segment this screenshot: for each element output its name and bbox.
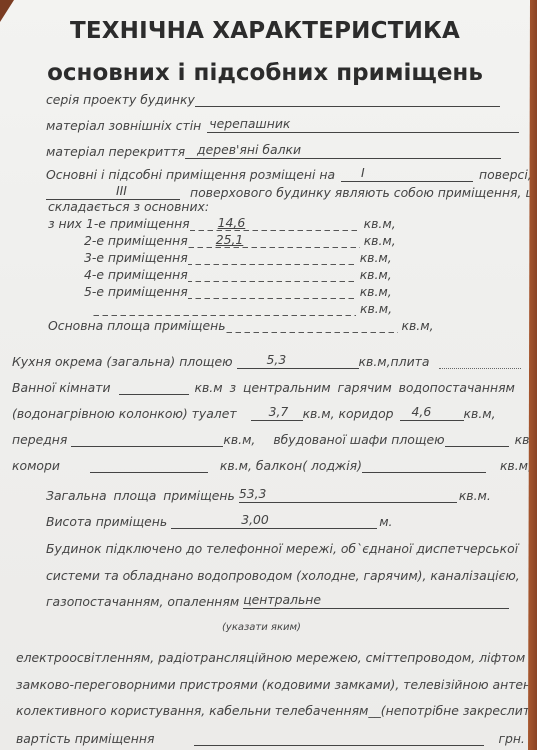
unit-label: кв.м,: [464, 406, 496, 421]
field-label: кв.м з центральним гарячим водопостачанн…: [195, 380, 515, 395]
room-1: з них 1-е приміщення 14,6 кв.м,: [48, 216, 396, 231]
field-cost: вартість приміщення грн.: [16, 731, 525, 746]
field-label: 2-е приміщення: [84, 233, 188, 248]
unit-label: кв.м,: [402, 318, 434, 333]
storage-input[interactable]: [90, 458, 208, 473]
field-placement: Основні і підсобні приміщення розміщені …: [46, 167, 532, 182]
field-label: Основні і підсобні приміщення розміщені …: [46, 167, 335, 182]
field-label: матеріал перекриття: [46, 144, 185, 159]
ceiling-material-input[interactable]: дерев'яні балки: [185, 144, 501, 159]
utilities-text-3: електроосвітленням, радіотрансляційною м…: [16, 650, 525, 665]
field-bathroom: Ванної кімнати кв.м з центральним гарячи…: [12, 380, 515, 395]
field-height: Висота приміщень 3,00 м.: [46, 514, 393, 529]
hall-input[interactable]: [71, 432, 223, 447]
document-subtitle: основних і підсобних приміщень: [0, 60, 530, 86]
unit-label: кв.м,: [223, 432, 255, 447]
main-area: Основна площа приміщень кв.м,: [48, 318, 434, 333]
field-hall: передня кв.м, вбудованої шафи площею кв.…: [12, 432, 537, 447]
room-2-input[interactable]: 25,1: [188, 234, 360, 248]
document-title: ТЕХНІЧНА ХАРАКТЕРИСТИКА: [0, 18, 530, 44]
closet-input[interactable]: [445, 432, 509, 447]
unit-label: кв.м, балкон( лоджія): [220, 458, 362, 473]
field-label: 3-е приміщення: [84, 250, 188, 265]
height-input[interactable]: 3,00: [171, 514, 377, 529]
unit-label: кв.м,: [500, 458, 532, 473]
utilities-text-1: Будинок підключено до телефонної мережі,…: [46, 541, 518, 556]
room-extra-input[interactable]: [92, 302, 356, 316]
field-label: Кухня окрема (загальна) площею: [12, 354, 233, 369]
field-label: 5-е приміщення: [84, 284, 188, 299]
unit-label: кв.м,: [364, 233, 396, 248]
field-label: Ванної кімнати: [12, 380, 111, 395]
toilet-input[interactable]: 3,7: [251, 406, 303, 421]
field-label: поверхового будинку являють собою приміщ…: [190, 185, 537, 200]
stove-input[interactable]: [439, 356, 521, 369]
field-label: 4-е приміщення: [84, 267, 188, 282]
field-label: вартість приміщення: [16, 731, 154, 746]
heating-note: (указати яким): [222, 622, 301, 633]
field-kitchen: Кухня окрема (загальна) площею 5,3 кв.м,…: [12, 354, 521, 369]
room-3-input[interactable]: [188, 251, 356, 265]
field-label: передня: [12, 432, 67, 447]
cost-input[interactable]: [194, 731, 484, 746]
room-3: 3-е приміщення кв.м,: [84, 250, 392, 265]
room-extra: кв.м,: [92, 301, 392, 316]
field-label: (водонагрівною колонкою) туалет: [12, 406, 237, 421]
room-4-input[interactable]: [188, 268, 356, 282]
unit-label: кв.м,: [364, 216, 396, 231]
floor-input[interactable]: I: [341, 167, 473, 182]
field-heating: газопостачанням, опаленням центральне: [46, 594, 509, 609]
room-5: 5-е приміщення кв.м,: [84, 284, 392, 299]
balcony-input[interactable]: [362, 458, 486, 473]
field-label: газопостачанням, опаленням: [46, 594, 239, 609]
document-page: ТЕХНІЧНА ХАРАКТЕРИСТИКА основних і підсо…: [0, 0, 530, 750]
bathroom-input[interactable]: [119, 380, 189, 395]
field-total-area: Загальна площа приміщень 53,3 кв.м.: [46, 488, 491, 503]
main-area-input[interactable]: [226, 319, 398, 333]
project-series-input[interactable]: [195, 92, 500, 107]
room-5-input[interactable]: [188, 285, 356, 299]
field-toilet: (водонагрівною колонкою) туалет 3,7 кв.м…: [12, 406, 496, 421]
unit-label: кв.м,: [360, 267, 392, 282]
field-label: поверсі,: [479, 167, 532, 182]
utilities-text-2: системи та обладнано водопроводом (холод…: [46, 568, 520, 583]
heating-input[interactable]: центральне: [243, 594, 509, 609]
total-area-input[interactable]: 53,3: [239, 488, 457, 503]
room-4: 4-е приміщення кв.м,: [84, 267, 392, 282]
unit-label: м.: [379, 514, 392, 529]
storeys-input[interactable]: III: [46, 185, 180, 200]
field-label: з них 1-е приміщення: [48, 216, 190, 231]
corridor-input[interactable]: 4,6: [400, 406, 464, 421]
field-label: серія проекту будинку: [46, 92, 195, 107]
field-wall-material: матеріал зовнішніх стін черепашник: [46, 118, 519, 133]
field-label: комори: [12, 458, 60, 473]
consists-label: складається з основних:: [48, 199, 209, 214]
unit-label: кв.м,: [360, 284, 392, 299]
field-project-series: серія проекту будинку: [46, 92, 500, 107]
field-label: Основна площа приміщень: [48, 318, 226, 333]
room-2: 2-е приміщення 25,1 кв.м,: [84, 233, 396, 248]
utilities-text-4: замково-переговорними пристроями (кодови…: [16, 677, 537, 692]
field-label: Висота приміщень: [46, 514, 167, 529]
field-label: Загальна площа приміщень: [46, 488, 235, 503]
field-label: матеріал зовнішніх стін: [46, 118, 201, 133]
utilities-text-5: колективного користування, кабельни теле…: [16, 703, 537, 718]
wall-material-input[interactable]: черепашник: [207, 118, 519, 133]
unit-label: кв.м,плита: [359, 354, 430, 369]
field-storeys: III поверхового будинку являють собою пр…: [46, 185, 537, 200]
unit-label: кв.м.: [459, 488, 491, 503]
field-label: вбудованої шафи площею: [273, 432, 444, 447]
kitchen-input[interactable]: 5,3: [237, 354, 359, 369]
field-ceiling-material: матеріал перекриття дерев'яні балки: [46, 144, 501, 159]
unit-label: кв.м,: [360, 301, 392, 316]
unit-label: кв.м,: [360, 250, 392, 265]
unit-label: кв.м, коридор: [303, 406, 394, 421]
field-storage: комори кв.м, балкон( лоджія) кв.м,: [12, 458, 532, 473]
room-1-input[interactable]: 14,6: [190, 217, 360, 231]
unit-label: грн.: [498, 731, 524, 746]
